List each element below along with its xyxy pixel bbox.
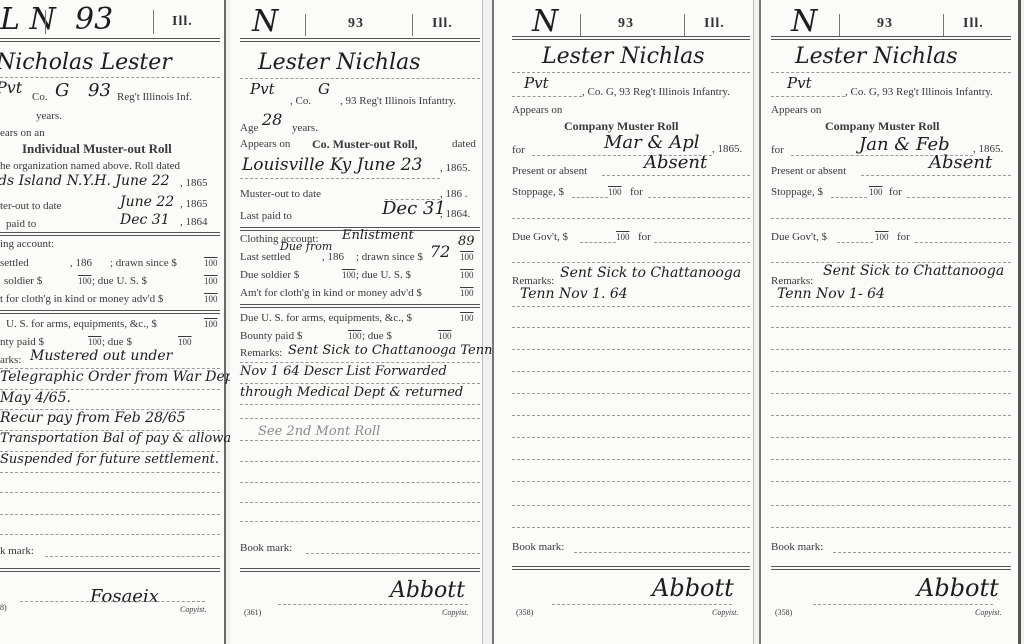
copyist-label: Copyist. xyxy=(442,608,468,617)
copyist-signature: Abbott xyxy=(390,578,465,603)
copyist-signature: Abbott xyxy=(917,574,999,602)
service-card-4: N 93 Ill. Lester Nichlas Pvt , Co. G, 93… xyxy=(759,0,1021,644)
unit-suffix: , 93 Reg't Illinois Infantry. xyxy=(340,95,456,107)
age-value: 28 xyxy=(262,110,282,129)
remarks-label: Remarks: xyxy=(240,347,282,359)
remark-line: Tenn Nov 1- 64 xyxy=(777,286,885,302)
copyist-label: Copyist. xyxy=(712,608,738,617)
header-state: Ill. xyxy=(963,16,984,32)
clothing-label: ing account: xyxy=(0,238,54,250)
header-state: Ill. xyxy=(172,14,193,30)
cents-mark: 100 xyxy=(348,331,362,341)
remark-line: Nov 1 64 Descr List Forwarded xyxy=(240,364,447,379)
card-number: (361) xyxy=(244,608,261,617)
settled-label: settled xyxy=(0,257,29,269)
soldier-name: Nicholas Lester xyxy=(0,50,172,75)
clothing-note: Enlistment xyxy=(342,228,414,243)
co-label: , Co. xyxy=(290,95,311,107)
copyist-label: Copyist. xyxy=(975,608,1001,617)
bounty-label: nty paid $ xyxy=(0,336,44,348)
cents-mark: 100 xyxy=(438,331,452,341)
paid-label: Last paid to xyxy=(240,210,292,222)
header-regiment: 93 xyxy=(618,16,634,32)
due-soldier-label: Due soldier $ xyxy=(240,269,299,281)
remark-line: May 4/65. xyxy=(0,390,71,406)
muster-label: ter-out to date xyxy=(0,200,61,212)
roll-year: , 1865 xyxy=(180,177,208,189)
cents-mark: 100 xyxy=(460,270,474,280)
regiment-number: 93 xyxy=(88,80,111,101)
bounty-due-label: ; due $ xyxy=(362,330,392,342)
paid-value: Dec 31 xyxy=(120,212,170,228)
cents-mark: 100 xyxy=(78,276,92,286)
age-suffix: years. xyxy=(292,122,318,134)
drawn-label: ; drawn since $ xyxy=(356,251,423,263)
book-mark-label: Book mark: xyxy=(512,541,564,553)
appears-on: Appears on xyxy=(240,138,290,150)
cents-mark: 100 xyxy=(875,232,889,242)
age-label: Age xyxy=(240,122,258,134)
header-initial: N xyxy=(532,4,558,39)
muster-label: Muster-out to date xyxy=(240,188,321,200)
drawn-label: ; drawn since $ xyxy=(110,257,177,269)
header-initial: N xyxy=(252,4,278,39)
unit-suffix: , Co. G, 93 Reg't Illinois Infantry. xyxy=(582,86,730,98)
remark-line: Transportation Bal of pay & allowance xyxy=(0,431,254,446)
cents-mark: 100 xyxy=(616,232,630,242)
bounty-due-label: ; due $ xyxy=(102,336,132,348)
unit-suffix: Reg't Illinois Inf. xyxy=(117,91,192,103)
remark-line: Telegraphic Order from War Dept. xyxy=(0,369,244,385)
soldier-name: Lester Nichlas xyxy=(542,44,705,69)
remark-line: Recur pay from Feb 28/65 xyxy=(0,410,186,426)
book-mark-label: k mark: xyxy=(0,545,34,557)
roll-place: Louisville Ky June 23 xyxy=(242,155,422,175)
present-value: Absent xyxy=(644,152,707,173)
header-initial: N xyxy=(791,4,817,39)
remark-line: through Medical Dept & returned xyxy=(240,385,463,400)
cents-mark: 100 xyxy=(608,187,622,197)
cents-mark: 100 xyxy=(178,337,192,347)
cents-mark: 100 xyxy=(460,288,474,298)
drawn-cents: 89 xyxy=(458,234,475,249)
bounty-label: Bounty paid $ xyxy=(240,330,302,342)
due-us-label: ; due U. S. $ xyxy=(356,269,411,281)
present-label: Present or absent xyxy=(771,165,846,177)
company: G xyxy=(55,80,69,101)
period: Mar & Apl xyxy=(604,132,700,153)
cents-mark: 100 xyxy=(88,337,102,347)
paid-year: , 1864 xyxy=(180,216,208,228)
for-word: for xyxy=(889,186,902,198)
soldier-name: Lester Nichlas xyxy=(258,50,421,75)
remark-line: Mustered out under xyxy=(30,348,172,364)
remark-line: See 2nd Mont Roll xyxy=(258,424,380,439)
remarks-label: arks: xyxy=(0,354,21,366)
paid-year: , 1864. xyxy=(440,208,470,220)
arms-label: U. S. for arms, equipments, &c., $ xyxy=(6,318,157,330)
copyist-signature: Abbott xyxy=(652,574,734,602)
service-card-1: L N 93 Ill. Nicholas Lester Pvt Co. G 93… xyxy=(0,0,226,644)
remark-line: Suspended for future settlement. xyxy=(0,452,219,467)
muster-year: , 1865 xyxy=(180,198,208,210)
due-us-label: ; due U. S. $ xyxy=(92,275,147,287)
roll-title: Individual Muster-out Roll xyxy=(22,141,172,157)
paid-label: paid to xyxy=(6,218,36,230)
card-number: (358) xyxy=(516,608,533,617)
roll-place: ds Island N.Y.H. June 22 xyxy=(0,173,170,189)
cents-mark: 100 xyxy=(460,313,474,323)
service-card-2: N 93 Ill. Lester Nichlas Pvt , Co. G , 9… xyxy=(230,0,483,644)
header-regiment: 93 xyxy=(75,2,113,37)
for-label: for xyxy=(512,144,525,156)
appears-on: Appears on xyxy=(771,104,821,116)
cents-mark: 100 xyxy=(460,252,474,262)
muster-value: June 22 xyxy=(120,194,174,210)
period-year: , 1865. xyxy=(712,143,742,155)
remark-line: Tenn Nov 1. 64 xyxy=(520,286,628,302)
settled-year: , 186 xyxy=(322,251,344,263)
due-soldier-label: soldier $ xyxy=(4,275,42,287)
arms-label: Due U. S. for arms, equipments, &c., $ xyxy=(240,312,412,324)
cents-mark: 100 xyxy=(204,294,218,304)
remark-line: Sent Sick to Chattanooga xyxy=(560,265,741,281)
age-suffix: years. xyxy=(36,110,62,122)
rank: Pvt xyxy=(250,80,275,98)
header-initial: L N xyxy=(0,2,56,37)
header-state: Ill. xyxy=(432,16,453,32)
appears-on: Appears on xyxy=(512,104,562,116)
for-word: for xyxy=(630,186,643,198)
present-value: Absent xyxy=(929,152,992,173)
dated-label: dated xyxy=(452,138,476,150)
amt-label: t for cloth'g in kind or money adv'd $ xyxy=(0,293,163,305)
cents-mark: 100 xyxy=(342,270,356,280)
book-mark-label: Book mark: xyxy=(240,542,292,554)
card-number: 8) xyxy=(0,603,7,612)
rank: Pvt xyxy=(787,74,812,92)
cents-mark: 100 xyxy=(204,276,218,286)
co-label: Co. xyxy=(32,91,48,103)
for-label: for xyxy=(771,144,784,156)
present-label: Present or absent xyxy=(512,165,587,177)
roll-title: Company Muster Roll xyxy=(825,119,939,134)
remark-line: Sent Sick to Chattanooga xyxy=(823,263,1004,279)
soldier-name: Lester Nichlas xyxy=(795,44,958,69)
cents-mark: 100 xyxy=(204,258,218,268)
for-word: for xyxy=(638,231,651,243)
drawn-value: 72 xyxy=(430,242,450,261)
for-word: for xyxy=(897,231,910,243)
company: G xyxy=(318,80,330,98)
rank: Pvt xyxy=(0,78,22,97)
roll-text: he organization named above. Roll dated xyxy=(0,160,180,172)
book-mark-label: Book mark: xyxy=(771,541,823,553)
roll-year: , 1865. xyxy=(440,162,470,174)
cents-mark: 100 xyxy=(869,187,883,197)
service-card-3: N 93 Ill. Lester Nichlas Pvt , Co. G, 93… xyxy=(492,0,754,644)
appears-on: ears on an xyxy=(0,127,45,139)
copyist-label: Copyist. xyxy=(180,605,206,614)
header-regiment: 93 xyxy=(348,16,364,32)
paid-value: Dec 31 xyxy=(382,198,446,219)
settled-year: , 186 xyxy=(70,257,92,269)
rank: Pvt xyxy=(524,74,549,92)
cents-mark: 100 xyxy=(204,319,218,329)
header-state: Ill. xyxy=(704,16,725,32)
remark-line: Sent Sick to Chattanooga Tenn xyxy=(288,343,492,358)
due-gov-label: Due Gov't, $ xyxy=(512,231,568,243)
unit-suffix: , Co. G, 93 Reg't Illinois Infantry. xyxy=(845,86,993,98)
roll-title: Co. Muster-out Roll, xyxy=(312,137,418,152)
stoppage-label: Stoppage, $ xyxy=(512,186,564,198)
header-regiment: 93 xyxy=(877,16,893,32)
amt-label: Am't for cloth'g in kind or money adv'd … xyxy=(240,287,422,299)
due-gov-label: Due Gov't, $ xyxy=(771,231,827,243)
copyist-signature: Fosaeix xyxy=(90,586,159,607)
card-number: (358) xyxy=(775,608,792,617)
stoppage-label: Stoppage, $ xyxy=(771,186,823,198)
